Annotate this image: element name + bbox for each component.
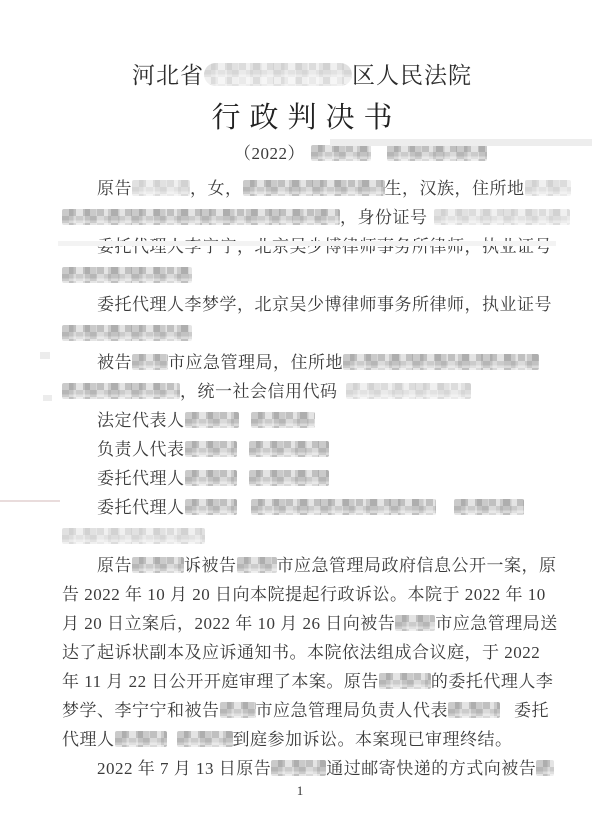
document-lines: 河北省区人民法院行政判决书（2022）原告，女，生，汉族，住所地，身份证号委托代… <box>0 0 600 783</box>
spacer <box>428 222 434 223</box>
redaction-block <box>395 615 435 631</box>
agent-license-line <box>62 261 542 290</box>
text-segment: 河北省 <box>132 63 204 88</box>
body-line: 代理人到庭参加诉讼。本案现已审理终结。 <box>62 725 542 754</box>
redaction-block <box>62 209 340 225</box>
redaction-block <box>185 470 237 486</box>
spacer <box>237 483 249 484</box>
text-segment: 的委托代理人李 <box>431 672 554 691</box>
redaction-block <box>249 470 329 486</box>
redaction-block <box>132 354 168 370</box>
spacer <box>338 396 346 397</box>
text-segment: 月 20 日立案后，2022 年 10 月 26 日向被告 <box>62 614 395 633</box>
redaction-block <box>525 180 571 196</box>
text-segment: 市应急管理局负责人代表 <box>256 701 449 720</box>
redaction-block <box>62 325 192 341</box>
redaction-block <box>220 702 256 718</box>
text-segment: （2022） <box>234 144 305 163</box>
text-segment: 委托代理人李宁宁，北京吴少博律师事务所律师，执业证号 <box>97 237 552 256</box>
text-segment: 法定代表人 <box>97 411 185 430</box>
body-line: 达了起诉状副本及应诉通知书。本院依法组成合议庭，于 2022 <box>62 638 542 667</box>
agent-license-line <box>62 319 542 348</box>
text-segment: 生，汉族，住所地 <box>385 179 525 198</box>
redaction-block <box>249 441 329 457</box>
text-segment: ，统一社会信用代码 <box>180 382 338 401</box>
spacer <box>167 744 177 745</box>
body-line: 年 11 月 22 日公开开庭审理了本案。原告的委托代理人李 <box>62 667 542 696</box>
text-segment: 委托 <box>514 701 549 720</box>
defendant-line: 被告市应急管理局，住所地 <box>62 348 542 377</box>
redaction-block <box>62 267 192 283</box>
redaction-block <box>251 499 436 515</box>
text-segment: 原告 <box>97 556 132 575</box>
text-segment: 原告 <box>97 179 132 198</box>
text-segment: 被告 <box>97 353 132 372</box>
body-line: 告 2022 年 10 月 20 日向本院提起行政诉讼。本院于 2022 年 1… <box>62 580 542 609</box>
redaction-block <box>62 528 205 544</box>
redaction-block <box>243 180 385 196</box>
redaction-block <box>115 731 167 747</box>
document-title: 行政判决书 <box>62 96 542 140</box>
text-segment: 达了起诉状副本及应诉通知书。本院依法组成合议庭，于 2022 <box>62 643 540 662</box>
page-number: 1 <box>0 783 600 799</box>
text-segment: 告 2022 年 10 月 20 日向本院提起行政诉讼。本院于 2022 年 1… <box>62 585 546 604</box>
text-segment: 诉被告 <box>184 556 237 575</box>
court-name-line: 河北省区人民法院 <box>62 60 542 92</box>
redaction-block <box>271 760 326 776</box>
text-segment: 委托代理人李梦学，北京吴少博律师事务所律师，执业证号 <box>97 295 552 314</box>
redaction-block <box>379 673 431 689</box>
spacer <box>500 715 514 716</box>
case-number-line: （2022） <box>62 140 542 168</box>
text-segment: ，女， <box>190 179 243 198</box>
legal-rep-line: 法定代表人 <box>62 406 542 435</box>
plaintiff-line: 原告，女，生，汉族，住所地 <box>62 174 542 203</box>
defendant-line-2: ，统一社会信用代码 <box>62 377 542 406</box>
agent-license-line <box>62 522 542 551</box>
redaction-block <box>132 180 190 196</box>
redaction-block <box>204 63 352 86</box>
redaction-block <box>177 731 233 747</box>
text-segment: 到庭参加诉讼。本案现已审理终结。 <box>233 730 513 749</box>
body-line: 原告诉被告市应急管理局政府信息公开一案，原 <box>62 551 542 580</box>
spacer <box>237 454 249 455</box>
spacer <box>237 512 251 513</box>
text-segment: 年 11 月 22 日公开开庭审理了本案。原告 <box>62 672 379 691</box>
text-segment: 市应急管理局，住所地 <box>168 353 343 372</box>
court-judgment-page: 河北省区人民法院行政判决书（2022）原告，女，生，汉族，住所地，身份证号委托代… <box>0 0 600 830</box>
agent-line: 委托代理人 <box>62 493 542 522</box>
text-segment: 市应急管理局政府信息公开一案，原 <box>277 556 557 575</box>
text-segment: 市应急管理局送 <box>435 614 558 633</box>
agent-line: 委托代理人李梦学，北京吴少博律师事务所律师，执业证号 <box>62 290 542 319</box>
text-segment: 区人民法院 <box>352 63 472 88</box>
text-segment: 2022 年 7 月 13 日原告 <box>97 759 271 778</box>
redaction-block <box>454 499 524 515</box>
redaction-block <box>536 760 554 776</box>
agent-line: 委托代理人 <box>62 464 542 493</box>
agent-line: 委托代理人李宁宁，北京吴少博律师事务所律师，执业证号 <box>62 232 542 261</box>
redaction-block <box>237 557 277 573</box>
text-segment: 委托代理人 <box>97 469 185 488</box>
text-segment: 通过邮寄快递的方式向被告 <box>326 759 536 778</box>
redaction-block <box>251 412 315 428</box>
redaction-block <box>185 412 239 428</box>
body-line: 2022 年 7 月 13 日原告通过邮寄快递的方式向被告 <box>62 754 542 783</box>
redaction-block <box>346 383 471 399</box>
spacer <box>371 158 387 159</box>
redaction-block <box>343 354 539 370</box>
spacer <box>436 512 454 513</box>
redaction-block <box>387 145 487 161</box>
responsible-rep-line: 负责人代表 <box>62 435 542 464</box>
text-segment: 代理人 <box>62 730 115 749</box>
body-line: 月 20 日立案后，2022 年 10 月 26 日向被告市应急管理局送 <box>62 609 542 638</box>
redaction-block <box>311 145 371 161</box>
text-segment: 行政判决书 <box>211 102 401 134</box>
redaction-block <box>132 557 184 573</box>
text-segment: ，身份证号 <box>340 208 428 227</box>
redaction-block <box>185 441 237 457</box>
text-segment: 负责人代表 <box>97 440 185 459</box>
redaction-block <box>62 383 180 399</box>
redaction-block <box>434 209 570 225</box>
text-segment: 委托代理人 <box>97 498 185 517</box>
body-line: 梦学、李宁宁和被告市应急管理局负责人代表委托 <box>62 696 542 725</box>
text-segment: 梦学、李宁宁和被告 <box>62 701 220 720</box>
redaction-block <box>185 499 237 515</box>
plaintiff-line-2: ，身份证号 <box>62 203 542 232</box>
redaction-block <box>448 702 500 718</box>
spacer <box>239 425 251 426</box>
